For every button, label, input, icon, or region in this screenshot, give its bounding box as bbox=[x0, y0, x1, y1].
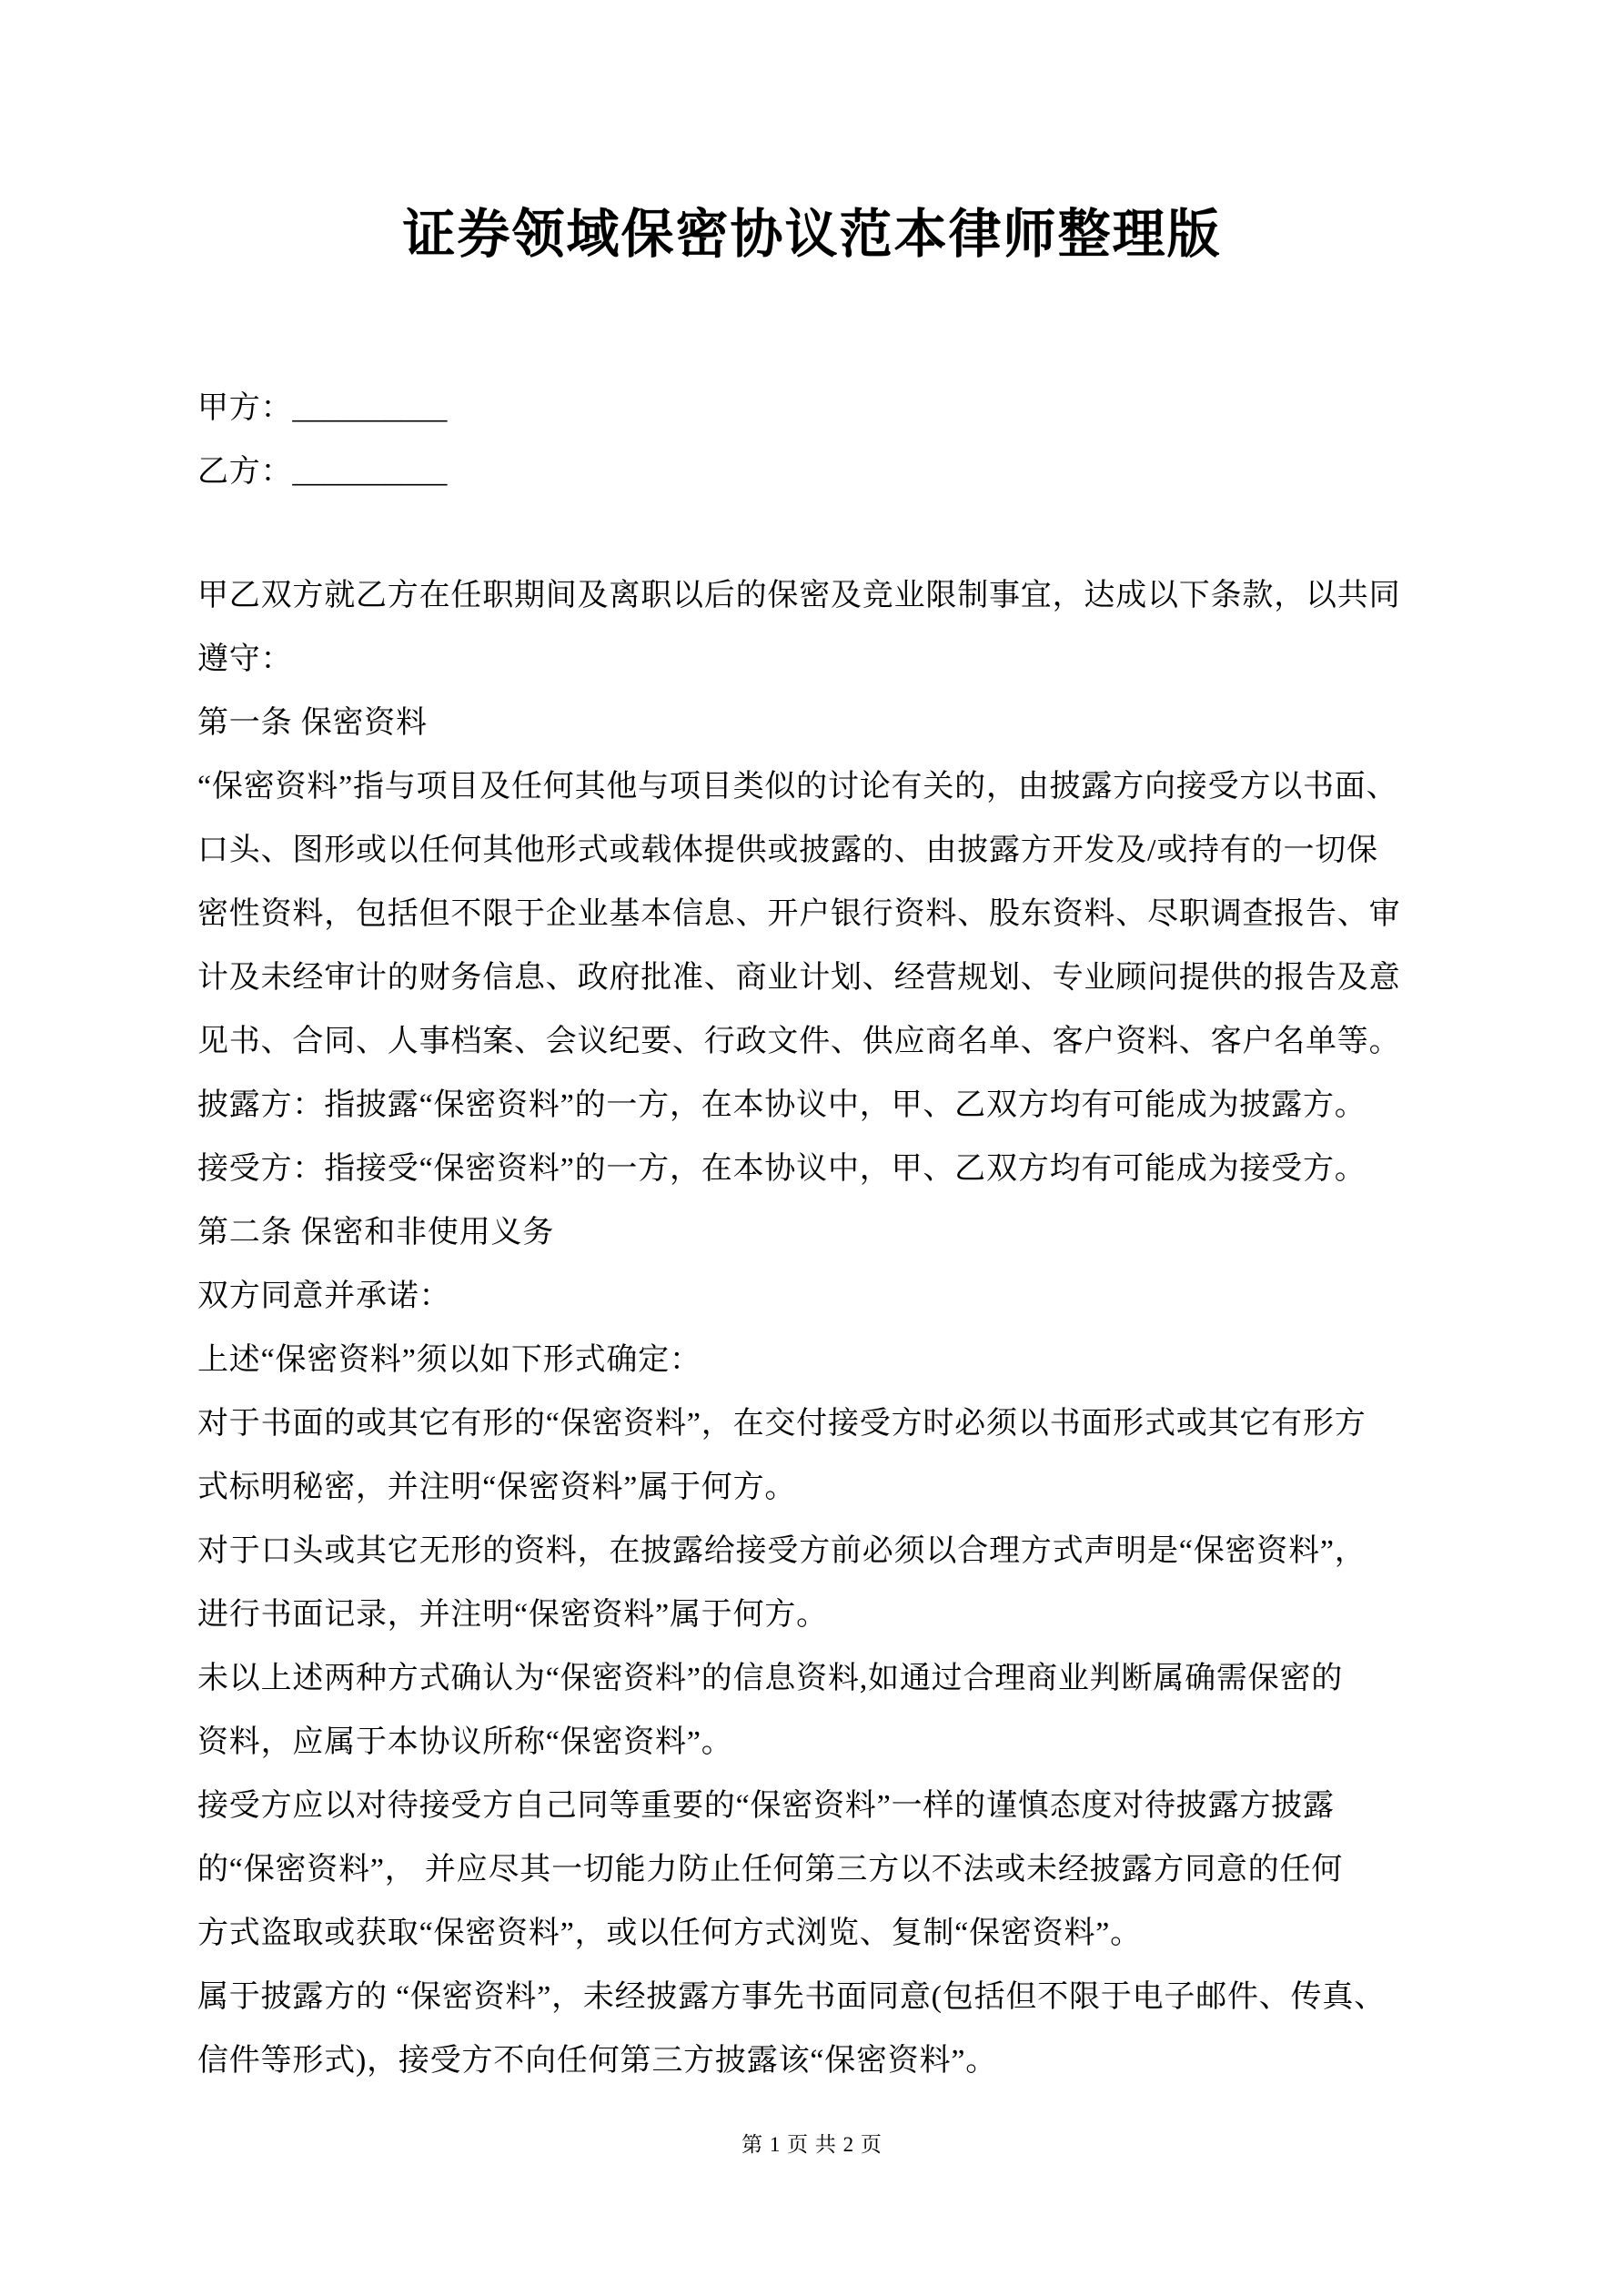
body-line: 上述“保密资料”须以如下形式确定： bbox=[197, 1329, 1433, 1392]
body-line: 接受方：指接受“保密资料”的一方，在本协议中，甲、乙双方均有可能成为接受方。 bbox=[197, 1138, 1433, 1201]
document-body: 甲乙双方就乙方在任职期间及离职以后的保密及竞业限制事宜，达成以下条款，以共同 遵… bbox=[197, 564, 1433, 2093]
body-line: 对于书面的或其它有形的“保密资料”，在交付接受方时必须以书面形式或其它有形方 bbox=[197, 1392, 1433, 1456]
body-line: 计及未经审计的财务信息、政府批准、商业计划、经营规划、专业顾问提供的报告及意 bbox=[197, 946, 1433, 1010]
document-page: 证券领域保密协议范本律师整理版 甲方：__________ 乙方：_______… bbox=[0, 0, 1624, 2296]
party-b-label: 乙方： bbox=[197, 455, 292, 489]
parties-section: 甲方：__________ 乙方：__________ bbox=[197, 377, 1624, 504]
page-number-footer: 第 1 页 共 2 页 bbox=[0, 2131, 1624, 2159]
body-line-clause-1: 第一条 保密资料 bbox=[197, 692, 1433, 755]
body-line: 的“保密资料”， 并应尽其一切能力防止任何第三方以不法或未经披露方同意的任何 bbox=[197, 1838, 1433, 1902]
body-line: 见书、合同、人事档案、会议纪要、行政文件、供应商名单、客户资料、客户名单等。 bbox=[197, 1010, 1433, 1074]
body-line: 资料，应属于本协议所称“保密资料”。 bbox=[197, 1711, 1433, 1775]
document-title: 证券领域保密协议范本律师整理版 bbox=[0, 0, 1624, 267]
body-line: 方式盗取或获取“保密资料”，或以任何方式浏览、复制“保密资料”。 bbox=[197, 1902, 1433, 1966]
body-line-clause-2: 第二条 保密和非使用义务 bbox=[197, 1201, 1433, 1265]
party-a-blank: __________ bbox=[292, 391, 447, 425]
body-line: 对于口头或其它无形的资料，在披露给接受方前必须以合理方式声明是“保密资料”， bbox=[197, 1520, 1433, 1583]
party-b-blank: __________ bbox=[292, 455, 447, 489]
body-line: 接受方应以对待接受方自己同等重要的“保密资料”一样的谨慎态度对待披露方披露 bbox=[197, 1775, 1433, 1838]
body-line: 甲乙双方就乙方在任职期间及离职以后的保密及竞业限制事宜，达成以下条款，以共同 bbox=[197, 564, 1433, 628]
body-line: 进行书面记录，并注明“保密资料”属于何方。 bbox=[197, 1583, 1433, 1647]
body-line: 未以上述两种方式确认为“保密资料”的信息资料,如通过合理商业判断属确需保密的 bbox=[197, 1647, 1433, 1711]
body-line: “保密资料”指与项目及任何其他与项目类似的讨论有关的，由披露方向接受方以书面、 bbox=[197, 755, 1433, 819]
body-line: 遵守： bbox=[197, 628, 1433, 692]
body-line: 口头、图形或以任何其他形式或载体提供或披露的、由披露方开发及/或持有的一切保 bbox=[197, 819, 1433, 883]
party-a-line: 甲方：__________ bbox=[197, 377, 1624, 440]
body-line: 密性资料，包括但不限于企业基本信息、开户银行资料、股东资料、尽职调查报告、审 bbox=[197, 883, 1433, 946]
body-line: 式标明秘密，并注明“保密资料”属于何方。 bbox=[197, 1456, 1433, 1520]
body-line: 信件等形式)，接受方不向任何第三方披露该“保密资料”。 bbox=[197, 2029, 1433, 2093]
party-b-line: 乙方：__________ bbox=[197, 440, 1624, 504]
body-line: 披露方：指披露“保密资料”的一方，在本协议中，甲、乙双方均有可能成为披露方。 bbox=[197, 1074, 1433, 1138]
body-line: 双方同意并承诺： bbox=[197, 1265, 1433, 1329]
party-a-label: 甲方： bbox=[197, 391, 292, 425]
body-line: 属于披露方的 “保密资料”，未经披露方事先书面同意(包括但不限于电子邮件、传真、 bbox=[197, 1966, 1433, 2029]
